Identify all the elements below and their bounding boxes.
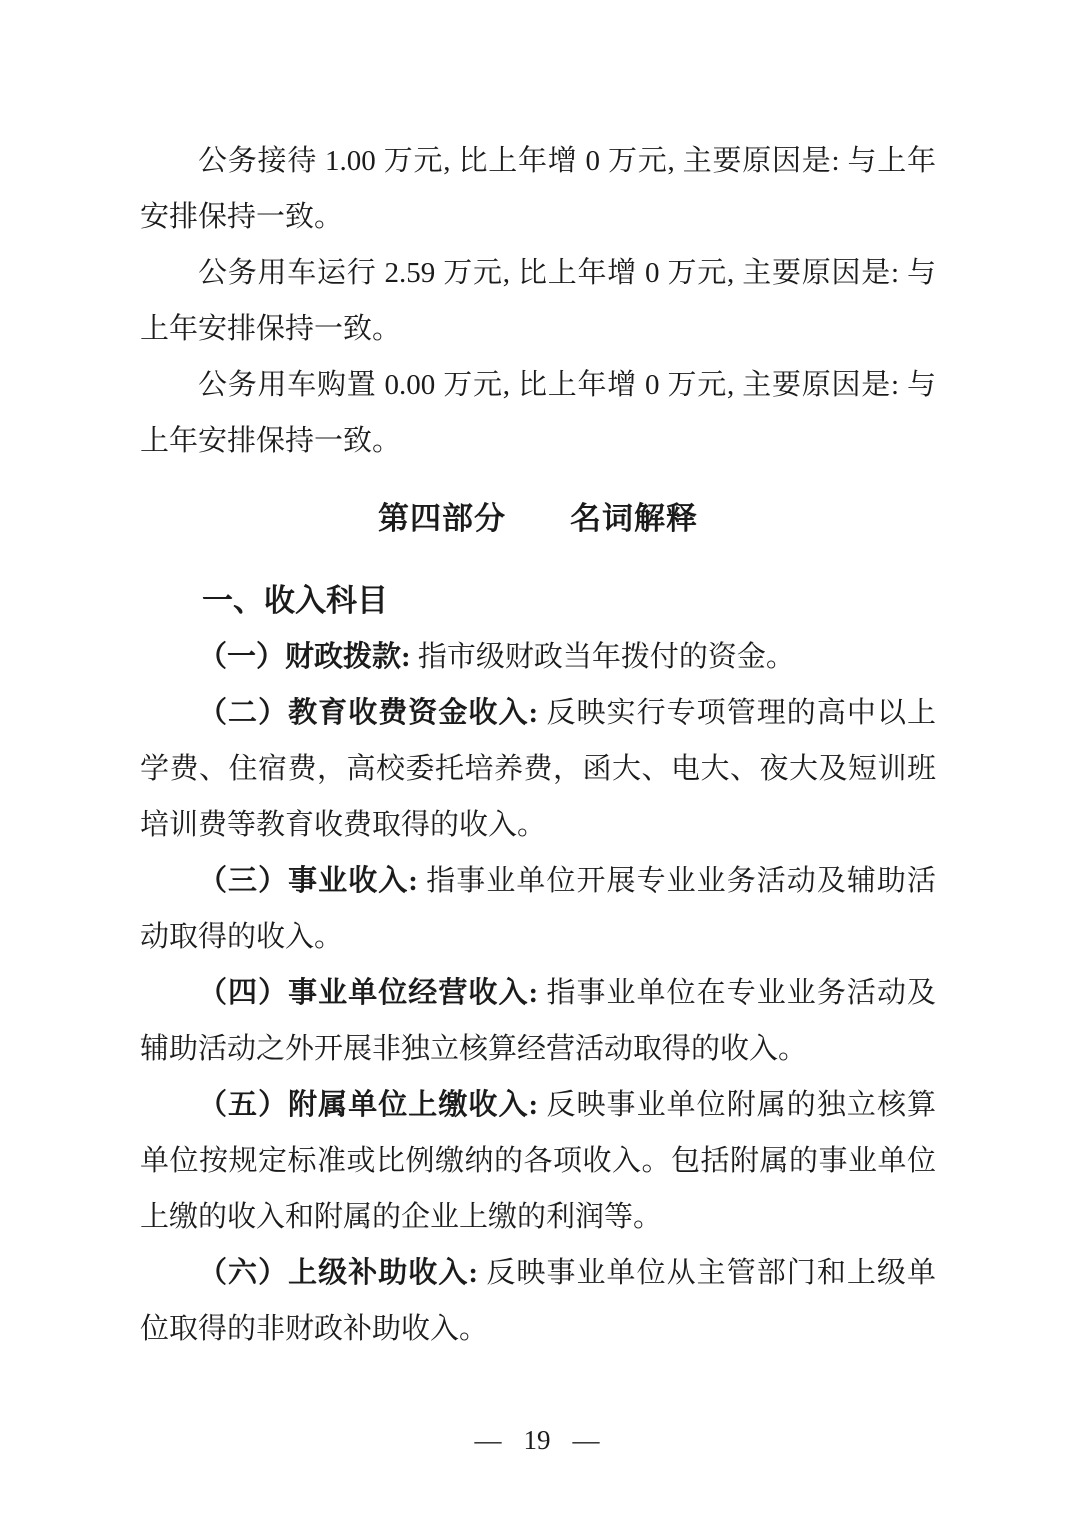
paragraph-official-reception: 公务接待 1.00 万元, 比上年增 0 万元, 主要原因是: 与上年安排保持一… xyxy=(140,133,936,245)
definition-institution-income: （三）事业收入: 指事业单位开展专业业务活动及辅助活动取得的收入。 xyxy=(140,853,936,965)
footer-dash-right: — xyxy=(573,1425,600,1456)
definition-education-fee-income: （二）教育收费资金收入: 反映实行专项管理的高中以上学费、住宿费，高校委托培养费… xyxy=(140,685,936,853)
definition-description: 指市级财政当年拨付的资金。 xyxy=(411,641,795,673)
document-page: 公务接待 1.00 万元, 比上年增 0 万元, 主要原因是: 与上年安排保持一… xyxy=(0,0,1074,1520)
definition-term: （二）教育收费资金收入: xyxy=(198,697,538,729)
definition-term: （四）事业单位经营收入: xyxy=(198,977,538,1009)
part-four-heading: 第四部分 名词解释 xyxy=(140,491,936,547)
paragraph-vehicle-operation: 公务用车运行 2.59 万元, 比上年增 0 万元, 主要原因是: 与上年安排保… xyxy=(140,245,936,357)
section-heading-income-categories: 一、收入科目 xyxy=(140,573,936,629)
definition-term: （六）上级补助收入: xyxy=(198,1257,478,1289)
page-footer: — 19 — xyxy=(0,1425,1074,1456)
definition-term: （一）财政拨款: xyxy=(198,641,411,673)
paragraph-vehicle-purchase: 公务用车购置 0.00 万元, 比上年增 0 万元, 主要原因是: 与上年安排保… xyxy=(140,357,936,469)
page-number: 19 xyxy=(524,1425,551,1456)
definition-institution-operating-income: （四）事业单位经营收入: 指事业单位在专业业务活动及辅助活动之外开展非独立核算经… xyxy=(140,965,936,1077)
definition-term: （五）附属单位上缴收入: xyxy=(198,1089,538,1121)
footer-dash-left: — xyxy=(475,1425,502,1456)
definition-superior-subsidy-income: （六）上级补助收入: 反映事业单位从主管部门和上级单位取得的非财政补助收入。 xyxy=(140,1245,936,1357)
definition-subordinate-unit-remittance: （五）附属单位上缴收入: 反映事业单位附属的独立核算单位按规定标准或比例缴纳的各… xyxy=(140,1077,936,1245)
definition-term: （三）事业收入: xyxy=(198,865,418,897)
definition-fiscal-appropriation: （一）财政拨款: 指市级财政当年拨付的资金。 xyxy=(140,629,936,685)
